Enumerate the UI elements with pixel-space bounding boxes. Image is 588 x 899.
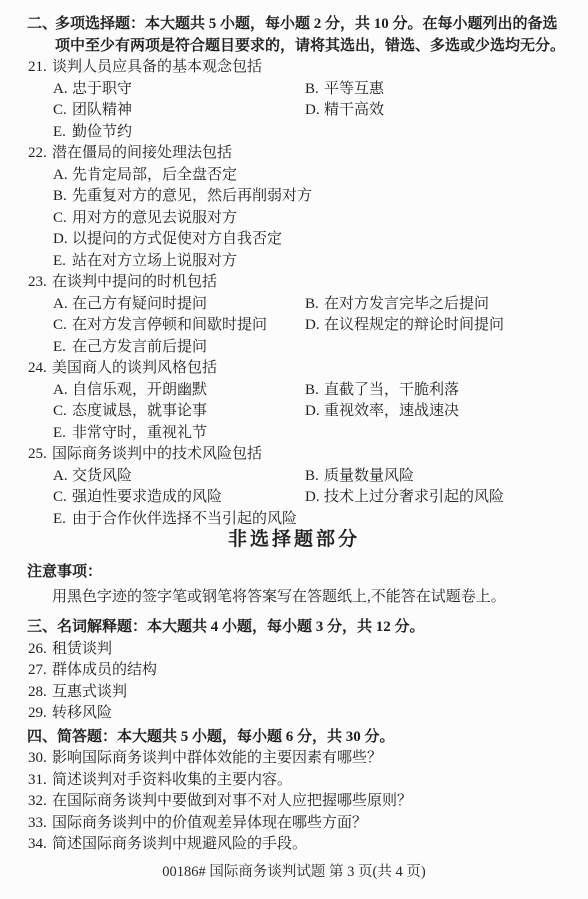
- option-25-b: B.质量数量风险: [305, 468, 414, 484]
- section-2-header: 二、 多项选择题：本大题共 5 小题，每小题 2 分，共 10 分。在每小题列出…: [0, 14, 588, 57]
- option-23-b: B.在对方发言完毕之后提问: [305, 296, 489, 312]
- question-number: 32.: [28, 791, 52, 813]
- option-text: 用对方的意见去说服对方: [72, 210, 237, 226]
- option-text: 态度诚恳，就事论事: [72, 403, 207, 419]
- question-number: 27.: [28, 660, 52, 682]
- option-text: 非常守时，重视礼节: [72, 425, 207, 441]
- question-25: 25.国际商务谈判中的技术风险包括: [0, 444, 588, 466]
- question-text: 转移风险: [52, 705, 112, 721]
- question-26: 26.租赁谈判: [0, 639, 588, 661]
- option-text: 忠于职守: [72, 81, 132, 97]
- question-29: 29.转移风险: [0, 703, 588, 725]
- option-label: B.: [305, 79, 324, 101]
- question-23-options-cd: C.在对方发言停顿和间歇时提问D.在议程规定的辩论时间提问: [0, 315, 588, 337]
- section-4-header: 四、简答题：本大题共 5 小题，每小题 6 分，共 30 分。: [0, 727, 588, 749]
- option-label: B.: [53, 186, 72, 208]
- option-24-c: C.态度诚恳，就事论事: [53, 401, 305, 423]
- option-23-a: A.在己方有疑问时提问: [53, 294, 305, 316]
- section-3-title: 名词解释题：本大题共 4 小题，每小题 3 分，共 12 分。: [57, 619, 425, 635]
- option-label: B.: [305, 294, 324, 316]
- question-number: 33.: [28, 813, 52, 835]
- question-32: 32.在国际商务谈判中要做到对事不对人应把握哪些原则？: [0, 791, 588, 813]
- question-21-options-ab: A.忠于职守B.平等互惠: [0, 79, 588, 101]
- option-21-d: D.精干高效: [305, 102, 384, 118]
- option-21-b: B.平等互惠: [305, 81, 384, 97]
- question-28: 28.互惠式谈判: [0, 682, 588, 704]
- option-label: D.: [305, 401, 324, 423]
- option-label: E.: [53, 509, 72, 531]
- question-number: 22.: [28, 143, 52, 165]
- option-24-d: D.重视效率，速战速决: [305, 403, 459, 419]
- option-text: 先重复对方的意见，然后再削弱对方: [72, 188, 312, 204]
- option-text: 在己方有疑问时提问: [72, 296, 207, 312]
- question-24-options-ab: A.自信乐观，开朗幽默B.直截了当，干脆利落: [0, 380, 588, 402]
- question-text: 国际商务谈判中的技术风险包括: [52, 446, 262, 462]
- question-22-option-d: D.以提问的方式促使对方自我否定: [0, 229, 588, 251]
- option-text: 以提问的方式促使对方自我否定: [72, 231, 282, 247]
- option-24-b: B.直截了当，干脆利落: [305, 382, 459, 398]
- question-22-option-a: A.先肯定局部，后全盘否定: [0, 165, 588, 187]
- question-31: 31.简述谈判对手资料收集的主要内容。: [0, 770, 588, 792]
- option-text: 在己方发言前后提问: [72, 339, 207, 355]
- question-22-option-e: E.站在对方立场上说服对方: [0, 251, 588, 273]
- question-text: 简述谈判对手资料收集的主要内容。: [52, 772, 292, 788]
- option-text: 精干高效: [324, 102, 384, 118]
- option-text: 平等互惠: [324, 81, 384, 97]
- option-text: 在对方发言停顿和间歇时提问: [72, 317, 267, 333]
- non-selective-section-heading: 非选择题部分: [0, 527, 588, 553]
- question-text: 租赁谈判: [52, 641, 112, 657]
- question-27: 27.群体成员的结构: [0, 660, 588, 682]
- option-label: B.: [305, 466, 324, 488]
- question-number: 25.: [28, 444, 52, 466]
- question-23-options-ab: A.在己方有疑问时提问B.在对方发言完毕之后提问: [0, 294, 588, 316]
- question-23-option-e: E.在己方发言前后提问: [0, 337, 588, 359]
- option-25-a: A.交货风险: [53, 466, 305, 488]
- option-label: C.: [53, 208, 72, 230]
- option-label: D.: [53, 229, 72, 251]
- question-number: 28.: [28, 682, 52, 704]
- question-22: 22.潜在僵局的间接处理法包括: [0, 143, 588, 165]
- option-label: C.: [53, 315, 72, 337]
- option-text: 勤俭节约: [72, 124, 132, 140]
- option-text: 站在对方立场上说服对方: [72, 253, 237, 269]
- question-33: 33.国际商务谈判中的价值观差异体现在哪些方面？: [0, 813, 588, 835]
- option-label: C.: [53, 487, 72, 509]
- option-24-a: A.自信乐观，开朗幽默: [53, 380, 305, 402]
- option-text: 交货风险: [72, 468, 132, 484]
- option-text: 先肯定局部，后全盘否定: [72, 167, 237, 183]
- option-21-c: C.团队精神: [53, 100, 305, 122]
- notice-body: 用黑色字迹的签字笔或钢笔将答案写在答题纸上,不能答在试题卷上。: [0, 587, 588, 609]
- question-24-option-e: E.非常守时，重视礼节: [0, 423, 588, 445]
- option-25-d: D.技术上过分奢求引起的风险: [305, 489, 504, 505]
- section-3-marker: 三、: [27, 619, 57, 635]
- question-23: 23.在谈判中提问的时机包括: [0, 272, 588, 294]
- question-number: 29.: [28, 703, 52, 725]
- option-label: D.: [305, 100, 324, 122]
- question-text: 互惠式谈判: [52, 684, 127, 700]
- section-4-marker: 四、: [27, 729, 57, 745]
- option-label: A.: [53, 294, 72, 316]
- option-label: C.: [53, 100, 72, 122]
- question-21-option-e: E.勤俭节约: [0, 122, 588, 144]
- section-2-marker: 二、: [27, 14, 57, 36]
- option-label: B.: [305, 380, 324, 402]
- question-22-option-b: B.先重复对方的意见，然后再削弱对方: [0, 186, 588, 208]
- question-22-option-c: C.用对方的意见去说服对方: [0, 208, 588, 230]
- question-21: 21.谈判人员应具备的基本观念包括: [0, 57, 588, 79]
- question-34: 34.简述国际商务谈判中规避风险的手段。: [0, 834, 588, 856]
- question-text: 在国际商务谈判中要做到对事不对人应把握哪些原则？: [52, 793, 412, 809]
- option-text: 在对方发言完毕之后提问: [324, 296, 489, 312]
- option-label: A.: [53, 79, 72, 101]
- question-number: 21.: [28, 57, 52, 79]
- option-label: D.: [305, 487, 324, 509]
- option-23-c: C.在对方发言停顿和间歇时提问: [53, 315, 305, 337]
- option-text: 自信乐观，开朗幽默: [72, 382, 207, 398]
- exam-paper-page: 二、 多项选择题：本大题共 5 小题，每小题 2 分，共 10 分。在每小题列出…: [0, 0, 588, 899]
- option-21-a: A.忠于职守: [53, 79, 305, 101]
- option-text: 团队精神: [72, 102, 132, 118]
- question-text: 群体成员的结构: [52, 662, 157, 678]
- option-label: C.: [53, 401, 72, 423]
- option-label: E.: [53, 337, 72, 359]
- option-text: 质量数量风险: [324, 468, 414, 484]
- option-label: E.: [53, 122, 72, 144]
- question-text: 影响国际商务谈判中群体效能的主要因素有哪些？: [52, 750, 382, 766]
- section-4-title: 简答题：本大题共 5 小题，每小题 6 分，共 30 分。: [57, 729, 395, 745]
- question-30: 30.影响国际商务谈判中群体效能的主要因素有哪些？: [0, 748, 588, 770]
- option-23-d: D.在议程规定的辩论时间提问: [305, 317, 504, 333]
- option-text: 技术上过分奢求引起的风险: [324, 489, 504, 505]
- option-text: 强迫性要求造成的风险: [72, 489, 222, 505]
- question-number: 26.: [28, 639, 52, 661]
- question-24-options-cd: C.态度诚恳，就事论事D.重视效率，速战速决: [0, 401, 588, 423]
- page-footer: 00186# 国际商务谈判试题 第 3 页(共 4 页): [0, 862, 588, 882]
- question-number: 34.: [28, 834, 52, 856]
- question-number: 24.: [28, 358, 52, 380]
- question-text: 谈判人员应具备的基本观念包括: [52, 59, 262, 75]
- question-24: 24.美国商人的谈判风格包括: [0, 358, 588, 380]
- section-3-header: 三、名词解释题：本大题共 4 小题，每小题 3 分，共 12 分。: [0, 617, 588, 639]
- option-label: E.: [53, 251, 72, 273]
- option-label: A.: [53, 165, 72, 187]
- question-number: 30.: [28, 748, 52, 770]
- question-text: 简述国际商务谈判中规避风险的手段。: [52, 836, 307, 852]
- question-text: 美国商人的谈判风格包括: [52, 360, 217, 376]
- notice-title: 注意事项：: [0, 562, 588, 584]
- option-25-c: C.强迫性要求造成的风险: [53, 487, 305, 509]
- question-number: 31.: [28, 770, 52, 792]
- option-text: 直截了当，干脆利落: [324, 382, 459, 398]
- option-text: 在议程规定的辩论时间提问: [324, 317, 504, 333]
- option-label: E.: [53, 423, 72, 445]
- option-label: D.: [305, 315, 324, 337]
- question-21-options-cd: C.团队精神D.精干高效: [0, 100, 588, 122]
- option-text: 由于合作伙伴选择不当引起的风险: [72, 511, 297, 527]
- question-25-options-cd: C.强迫性要求造成的风险D.技术上过分奢求引起的风险: [0, 487, 588, 509]
- option-label: A.: [53, 380, 72, 402]
- question-text: 潜在僵局的间接处理法包括: [52, 145, 232, 161]
- question-text: 国际商务谈判中的价值观差异体现在哪些方面？: [52, 815, 367, 831]
- question-25-options-ab: A.交货风险B.质量数量风险: [0, 466, 588, 488]
- question-number: 23.: [28, 272, 52, 294]
- section-2-title: 多项选择题：本大题共 5 小题，每小题 2 分，共 10 分。在每小题列出的备选…: [55, 16, 565, 54]
- question-text: 在谈判中提问的时机包括: [52, 274, 217, 290]
- option-text: 重视效率，速战速决: [324, 403, 459, 419]
- option-label: A.: [53, 466, 72, 488]
